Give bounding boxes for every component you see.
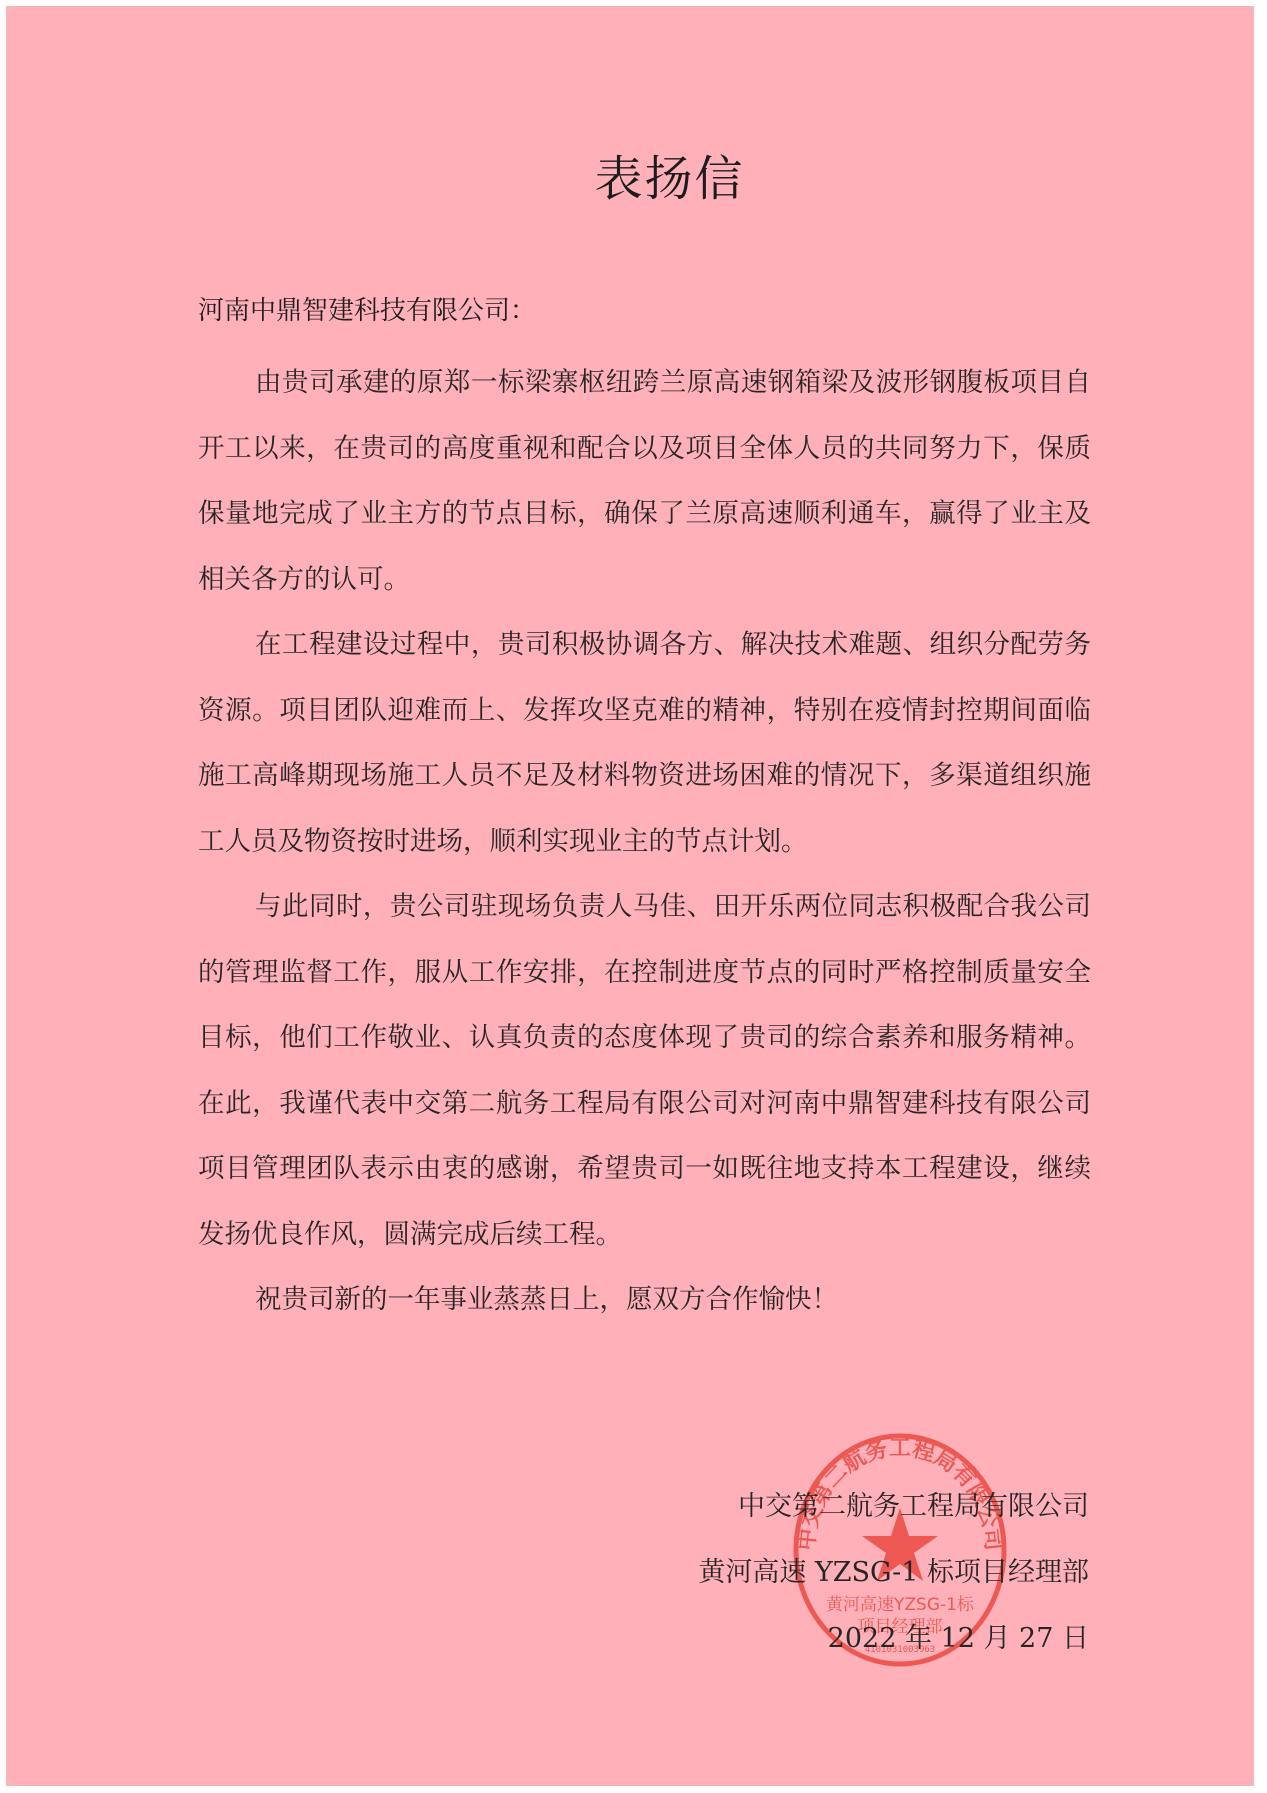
salutation: 河南中鼎智建科技有限公司： (198, 290, 536, 327)
signature-block: 中交第二航务工程局有限公司 黄河高速 YZSG-1 标项目经理部 2022 年 … (698, 1474, 1089, 1672)
letter-title: 表扬信 (36, 140, 1267, 209)
signature-department: 黄河高速 YZSG-1 标项目经理部 (698, 1540, 1089, 1606)
paragraph-1: 由贵司承建的原郑一标梁寨枢纽跨兰原高速钢箱梁及波形钢腹板项目自开工以来，在贵司的… (198, 350, 1091, 612)
signature-date: 2022 年 12 月 27 日 (698, 1606, 1089, 1672)
paragraph-4: 祝贵司新的一年事业蒸蒸日上，愿双方合作愉快！ (198, 1267, 1091, 1333)
signature-company: 中交第二航务工程局有限公司 (698, 1474, 1089, 1540)
paragraph-3: 与此同时，贵公司驻现场负责人马佳、田开乐两位同志积极配合我公司的管理监督工作，服… (198, 874, 1091, 1267)
letter-body: 由贵司承建的原郑一标梁寨枢纽跨兰原高速钢箱梁及波形钢腹板项目自开工以来，在贵司的… (198, 350, 1091, 1333)
paragraph-2: 在工程建设过程中，贵司积极协调各方、解决技术难题、组织分配劳务资源。项目团队迎难… (198, 612, 1091, 874)
